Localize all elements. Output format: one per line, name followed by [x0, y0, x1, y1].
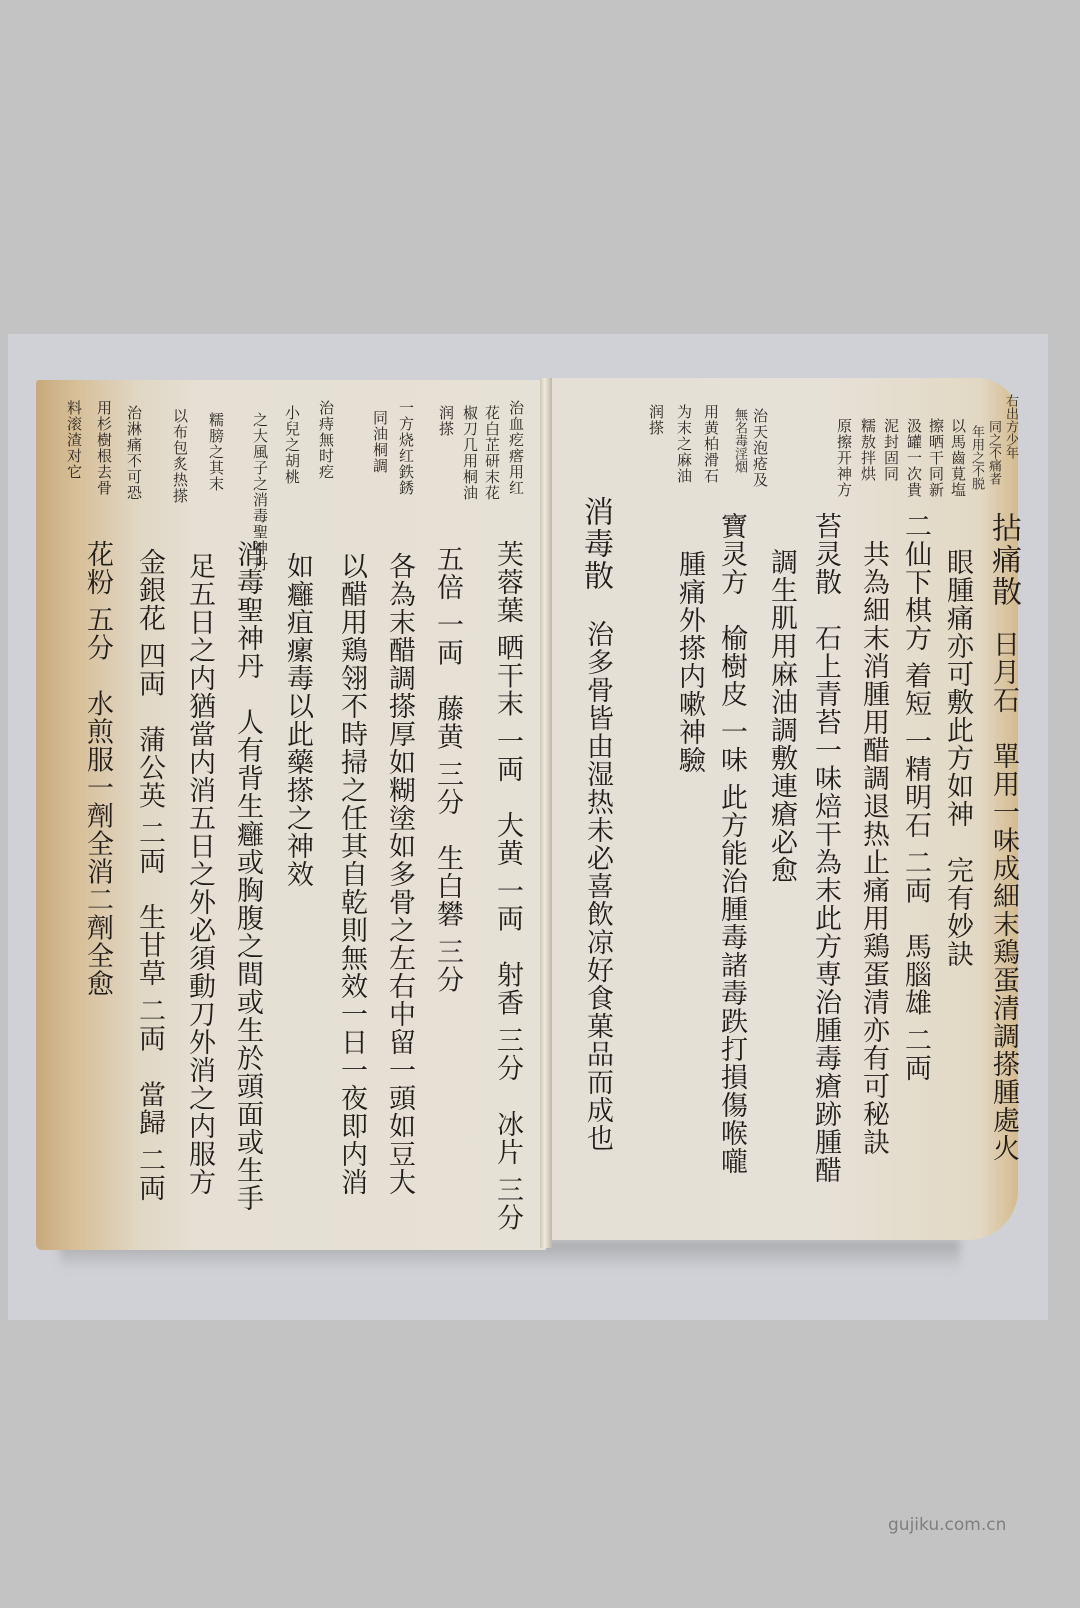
right-column-6: 寶灵方 榆樹皮 一味 此方能治腫毒諸毒跌打損傷喉嚨	[718, 512, 745, 1175]
right-column-0: 日月石 單用一味成細末鶏蛋清調搽腫處火	[990, 630, 1017, 1162]
left-annotation-10: 以布包炙热搽	[172, 408, 187, 504]
left-annotation-11: 治淋痛不可恐	[126, 405, 141, 501]
right-annotation-8: 原擦开神方	[836, 418, 851, 498]
left-column-5: 消毒聖神丹 人有背生癰或胸腹之間或生於頭面或生手	[234, 540, 261, 1212]
left-annotation-4: 一方烧红鉄銹	[398, 400, 413, 496]
right-column-2: 二仙下棋方 着短 一精明石 二両 馬腦雄 二両	[902, 512, 929, 1082]
right-annotation-2: 年用之不脱	[970, 425, 983, 490]
left-column-8: 花粉 五分 水煎服一劑全消二劑全愈	[84, 540, 111, 998]
right-annotation-5: 汲罐一次貴	[906, 418, 921, 498]
right-column-9: 治多骨皆由湿热未必喜飲凉好食菓品而成也	[584, 620, 611, 1152]
right-column-5: 調生肌用麻油調敷連瘡必愈	[768, 548, 795, 884]
left-annotation-5: 同油桐調	[372, 410, 387, 474]
right-column-1: 眼腫痛亦可敷此方如神 完有妙訣	[944, 548, 971, 968]
left-annotation-3: 润搽	[438, 405, 453, 437]
right-annotation-7: 糯敖拌烘	[860, 418, 875, 482]
right-annotation-6: 泥封固同	[883, 418, 898, 482]
left-annotation-13: 料滚渣对它	[66, 400, 81, 480]
left-column-2: 各為末醋調搽厚如糊塗如多骨之左右中留一頭如豆大	[386, 552, 413, 1196]
left-annotation-12: 用杉樹根去骨	[96, 400, 111, 496]
left-column-0: 芙蓉葉 晒干末 一両 大黄 一両 射香 三分 冰片 三分	[494, 540, 521, 1232]
left-annotation-7: 小兒之胡桃	[284, 405, 299, 485]
left-column-3: 以醋用鶏翎不時掃之任其自乾則無效一日一夜即内消	[338, 552, 365, 1196]
heading-xiaodu-san: 消毒散	[580, 496, 610, 592]
left-annotation-0: 治血疙瘩用红	[508, 400, 523, 496]
heading-niantong-san: 拈痛散	[988, 512, 1018, 608]
right-annotation2-2: 用黄柏滑石	[703, 404, 718, 484]
right-column-7: 腫痛外搽内嗽神驗	[676, 550, 703, 774]
watermark: gujiku.com.cn	[888, 1515, 1006, 1535]
left-column-6: 足五日之内猶當内消五日之外必須動刀外消之内服方	[186, 552, 213, 1196]
right-annotation-1: 同之不痛者	[987, 420, 1000, 485]
right-annotation-3: 以馬齒莧塩	[950, 418, 965, 498]
left-annotation-1: 花白芷研末花	[484, 405, 499, 501]
left-column-1: 五倍 一両 藤黄 三分 生白礬 三分	[434, 545, 461, 994]
left-column-4: 如癰疽瘰毒以此藥搽之神效	[284, 552, 311, 888]
left-annotation-2: 椒刀几用桐油	[462, 405, 477, 501]
right-annotation2-0: 治天泡疮及	[752, 408, 767, 488]
right-column-4: 苔灵散 石上青苔一味焙干為末此方専治腫毒瘡跡腫醋	[812, 512, 839, 1184]
right-annotation2-3: 为末之麻油	[676, 404, 691, 484]
book-spine	[540, 378, 552, 1248]
left-annotation-9: 糯膀之其末	[208, 412, 223, 492]
right-column-3: 共為細末消腫用醋調退热止痛用鶏蛋清亦有可秘訣	[860, 540, 887, 1156]
left-column-7: 金銀花 四両 蒲公英 二両 生甘草 二両 當歸 二両	[136, 548, 163, 1202]
left-annotation-6: 治痔無时疙	[318, 400, 333, 480]
right-annotation2-1: 無名毒淫烟	[733, 408, 746, 473]
right-annotation-0: 右出方少年	[1004, 394, 1017, 459]
right-annotation2-4: 润搽	[648, 404, 663, 436]
right-annotation-4: 擦晒干同新	[928, 418, 943, 498]
